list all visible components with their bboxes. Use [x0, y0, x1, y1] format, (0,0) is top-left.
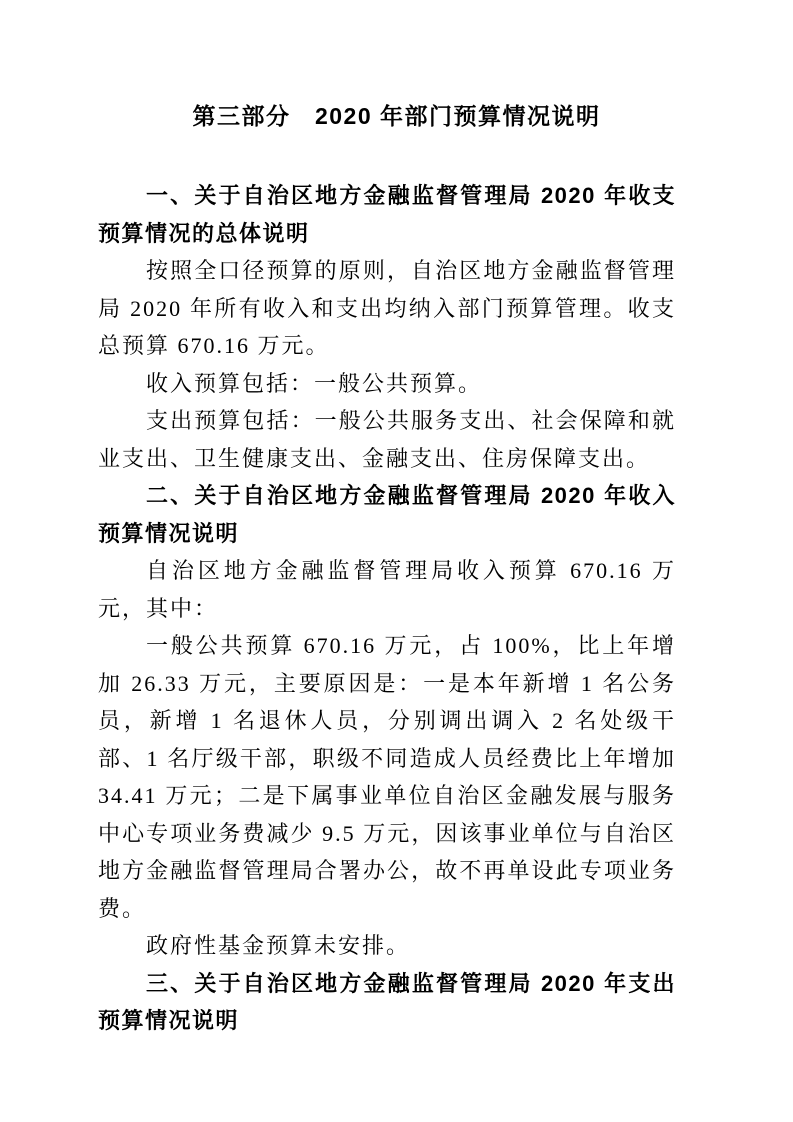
paragraph: 政府性基金预算未安排。: [98, 927, 676, 965]
paragraph: 支出预算包括：一般公共服务支出、社会保障和就业支出、卫生健康支出、金融支出、住房…: [98, 402, 676, 477]
document-page: 第三部分 2020 年部门预算情况说明 一、关于自治区地方金融监督管理局 202…: [0, 0, 793, 1122]
doc-title: 第三部分 2020 年部门预算情况说明: [0, 100, 793, 132]
section-heading-3: 三、关于自治区地方金融监督管理局 2020 年支出预算情况说明: [98, 965, 676, 1040]
paragraph: 自治区地方金融监督管理局收入预算 670.16 万元，其中：: [98, 552, 676, 627]
paragraph: 收入预算包括：一般公共预算。: [98, 365, 676, 403]
section-heading-1: 一、关于自治区地方金融监督管理局 2020 年收支预算情况的总体说明: [98, 177, 676, 252]
doc-body: 一、关于自治区地方金融监督管理局 2020 年收支预算情况的总体说明 按照全口径…: [98, 177, 676, 1040]
paragraph: 一般公共预算 670.16 万元，占 100%，比上年增加 26.33 万元，主…: [98, 627, 676, 927]
section-heading-2: 二、关于自治区地方金融监督管理局 2020 年收入预算情况说明: [98, 477, 676, 552]
paragraph: 按照全口径预算的原则，自治区地方金融监督管理局 2020 年所有收入和支出均纳入…: [98, 252, 676, 365]
